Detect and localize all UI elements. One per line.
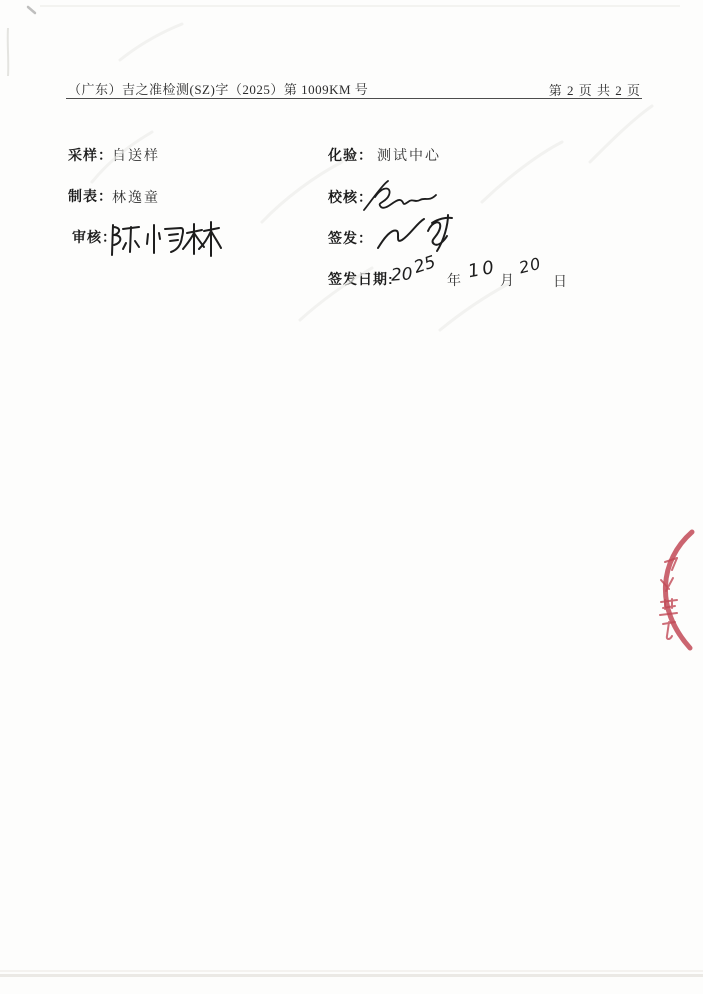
month-unit: 月 — [500, 270, 514, 290]
header-rule — [66, 98, 642, 99]
sampling-label: 采样： — [68, 145, 113, 165]
lab-label: 化验： — [328, 145, 373, 165]
tabulator-label: 制表： — [68, 186, 113, 206]
day-unit: 日 — [553, 271, 567, 291]
sampling-value: 自送样 — [112, 145, 160, 165]
reviewer-signature — [106, 218, 222, 258]
issuer-label: 签发： — [328, 228, 373, 248]
issuer-signature — [372, 209, 460, 257]
report-number: （广东）吉之准检测(SZ)字（2025）第 1009KM 号 — [68, 79, 368, 98]
page-indicator: 第 2 页 共 2 页 — [549, 80, 641, 99]
red-seal-stamp — [638, 528, 703, 652]
lab-value: 测试中心 — [377, 145, 441, 165]
issue-date-month-handwritten: 10 — [466, 257, 498, 283]
tabulator-value: 林逸童 — [112, 187, 160, 207]
year-unit: 年 — [447, 270, 461, 290]
report-page: （广东）吉之准检测(SZ)字（2025）第 1009KM 号 第 2 页 共 2… — [0, 0, 703, 994]
issue-date-label: 签发日期: — [328, 269, 394, 289]
issue-date-day-handwritten: 20 — [517, 254, 543, 278]
issue-date-year-handwritten: 20 — [390, 264, 413, 285]
